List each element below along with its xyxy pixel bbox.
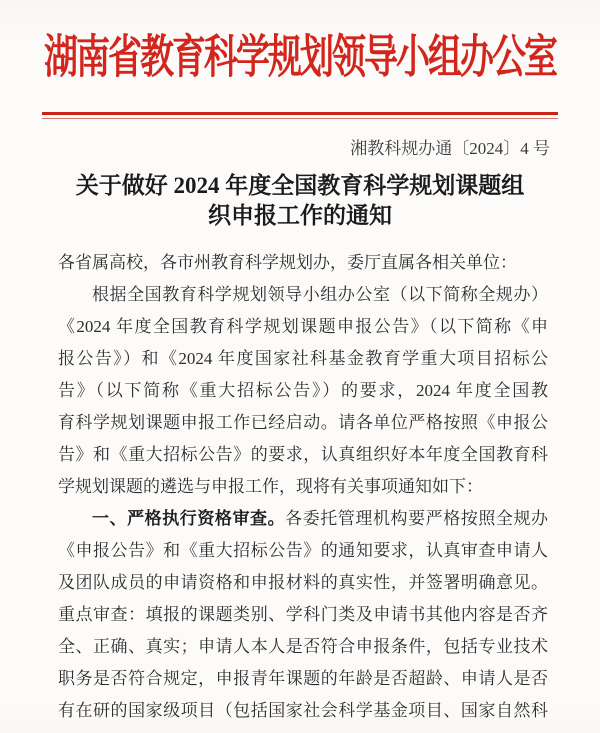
body-line: 全、正确、真实；申请人本人是否符合申报条件，包括专业技术 <box>58 631 548 663</box>
document-number: 湘教科规办通〔2024〕4 号 <box>0 138 600 160</box>
body-line: 一、严格执行资格审查。各委托管理机构要严格按照全规办 <box>58 503 548 535</box>
body-line: 告》和《重大招标公告》的要求，认真组织好本年度全国教育科 <box>58 439 548 471</box>
body-line: 各省属高校，各市州教育科学规划办，委厅直属各相关单位： <box>58 247 548 279</box>
agency-name: 湖南省教育科学规划领导小组办公室 <box>0 20 600 98</box>
document-title-line-2: 织申报工作的通知 <box>0 201 600 231</box>
body-line-bold-prefix: 一、严格执行资格审查。 <box>92 509 285 528</box>
document-title: 关于做好 2024 年度全国教育科学规划课题组 织申报工作的通知 <box>0 171 600 231</box>
body-line: 《申报公告》和《重大招标公告》的通知要求，认真审查申请人 <box>58 535 548 567</box>
body-line: 育科学规划课题申报工作已经启动。请各单位严格按照《申报公 <box>58 407 548 439</box>
document-body: 各省属高校，各市州教育科学规划办，委厅直属各相关单位：根据全国教育科学规划领导小… <box>58 247 548 727</box>
body-line: 职务是否符合规定，申报青年课题的年龄是否超龄、申请人是否 <box>58 663 548 695</box>
red-divider <box>42 112 558 119</box>
document-page: 湖南省教育科学规划领导小组办公室 湘教科规办通〔2024〕4 号 关于做好 20… <box>0 0 600 733</box>
body-line: 及团队成员的申请资格和申报材料的真实性，并签署明确意见。 <box>58 567 548 599</box>
body-line: 告》（以下简称《重大招标公告》）的要求，2024 年度全国教 <box>58 375 548 407</box>
body-line: 学规划课题的遴选与申报工作，现将有关事项通知如下： <box>58 471 548 503</box>
body-line: 《2024 年度全国教育科学规划课题申报公告》（以下简称《申 <box>58 311 548 343</box>
body-line: 报公告》）和《2024 年度国家社科基金教育学重大项目招标公 <box>58 343 548 375</box>
body-line: 重点审查：填报的课题类别、学科门类及申请书其他内容是否齐 <box>58 599 548 631</box>
body-line: 有在研的国家级项目（包括国家社会科学基金项目、国家自然科 <box>58 695 548 727</box>
document-title-line-1: 关于做好 2024 年度全国教育科学规划课题组 <box>0 171 600 201</box>
body-line: 根据全国教育科学规划领导小组办公室（以下简称全规办） <box>58 279 548 311</box>
